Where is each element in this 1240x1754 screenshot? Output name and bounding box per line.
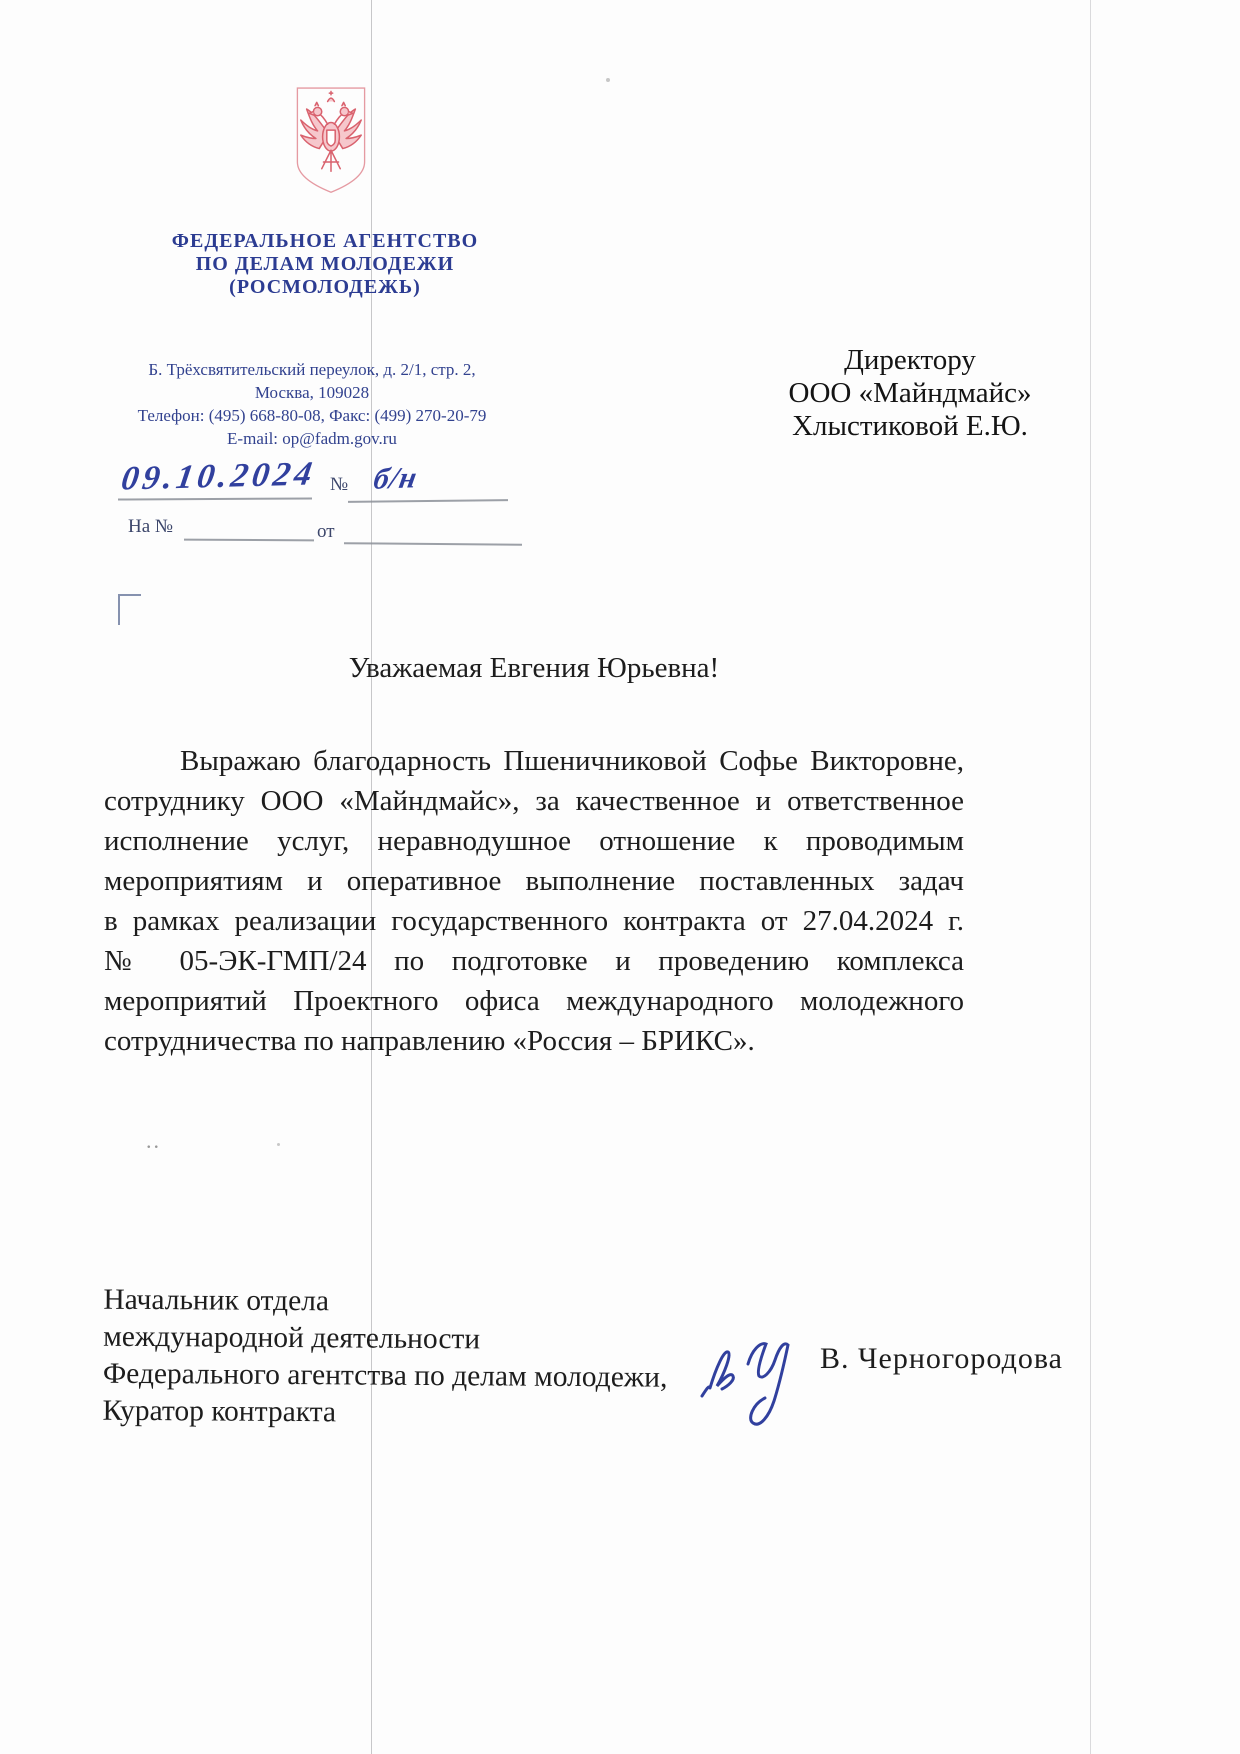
agency-name-line: ПО ДЕЛАМ МОЛОДЕЖИ [105,253,545,276]
letter-body: Выражаю благодарность Пшеничниковой Софь… [104,741,964,1061]
body-line: сотрудничества по направлению «Россия – … [104,1021,964,1061]
agency-name-block: ФЕДЕРАЛЬНОЕ АГЕНТСТВО ПО ДЕЛАМ МОЛОДЕЖИ … [105,230,545,299]
address-line: Телефон: (495) 668-80-08, Факс: (499) 27… [92,404,532,427]
address-line: Б. Трёхсвятительский переулок, д. 2/1, с… [92,358,532,381]
body-line: № 05-ЭК-ГМП/24 по подготовке и проведени… [104,941,964,981]
recipient-line: Хлыстиковой Е.Ю. [700,410,1120,443]
agency-name-line: (РОСМОЛОДЕЖЬ) [105,276,545,299]
signer-name: В. Черногородова [820,1342,1063,1376]
scan-speck [277,1143,280,1146]
scan-fold-line-right [1090,0,1091,1754]
address-line: Москва, 109028 [92,381,532,404]
double-headed-eagle-icon [289,84,373,198]
scan-speck [606,78,610,82]
handwritten-signature-icon [698,1316,828,1438]
signature-position-block: Начальник отдела международной деятельно… [102,1282,763,1435]
agency-name-line: ФЕДЕРАЛЬНОЕ АГЕНТСТВО [105,230,545,253]
signature-position-line: международной деятельности [103,1319,763,1361]
body-line: исполнение услуг, неравнодушное отношени… [104,821,964,861]
russian-coat-of-arms-emblem [289,84,373,198]
date-underline [118,497,312,500]
signature-position-line: Федерального агентства по делам молодежи… [103,1356,763,1398]
recipient-line: ООО «Майндмайс» [700,377,1120,410]
salutation: Уважаемая Евгения Юрьевна! [104,652,964,685]
agency-address-block: Б. Трёхсвятительский переулок, д. 2/1, с… [92,358,532,450]
recipient-line: Директору [700,344,1120,377]
reply-from-label: от [317,521,335,543]
letter-scan-page: .. [0,0,1240,1754]
address-line: E-mail: op@fadm.gov.ru [92,427,532,450]
body-line: в рамках реализации государственного кон… [104,901,964,941]
number-label: № [330,474,348,496]
body-line: мероприятий Проектного офиса международн… [104,981,964,1021]
corner-crop-mark [118,594,141,625]
recipient-block: Директору ООО «Майндмайс» Хлыстиковой Е.… [700,344,1120,443]
scan-dots-artifact: .. [146,1128,161,1154]
reply-number-label: На № [128,516,173,538]
handwritten-date: 09.10.2024 [119,455,319,498]
reply-number-underline [184,539,314,542]
number-underline [348,499,508,503]
body-line: сотруднику ООО «Майндмайс», за качествен… [104,781,964,821]
body-line: мероприятиям и оперативное выполнение по… [104,861,964,901]
body-line: Выражаю благодарность Пшеничниковой Софь… [104,741,964,781]
handwritten-number: б/н [371,461,420,496]
signature-position-line: Начальник отдела [103,1282,763,1324]
signature-position-line: Куратор контракта [102,1393,762,1435]
